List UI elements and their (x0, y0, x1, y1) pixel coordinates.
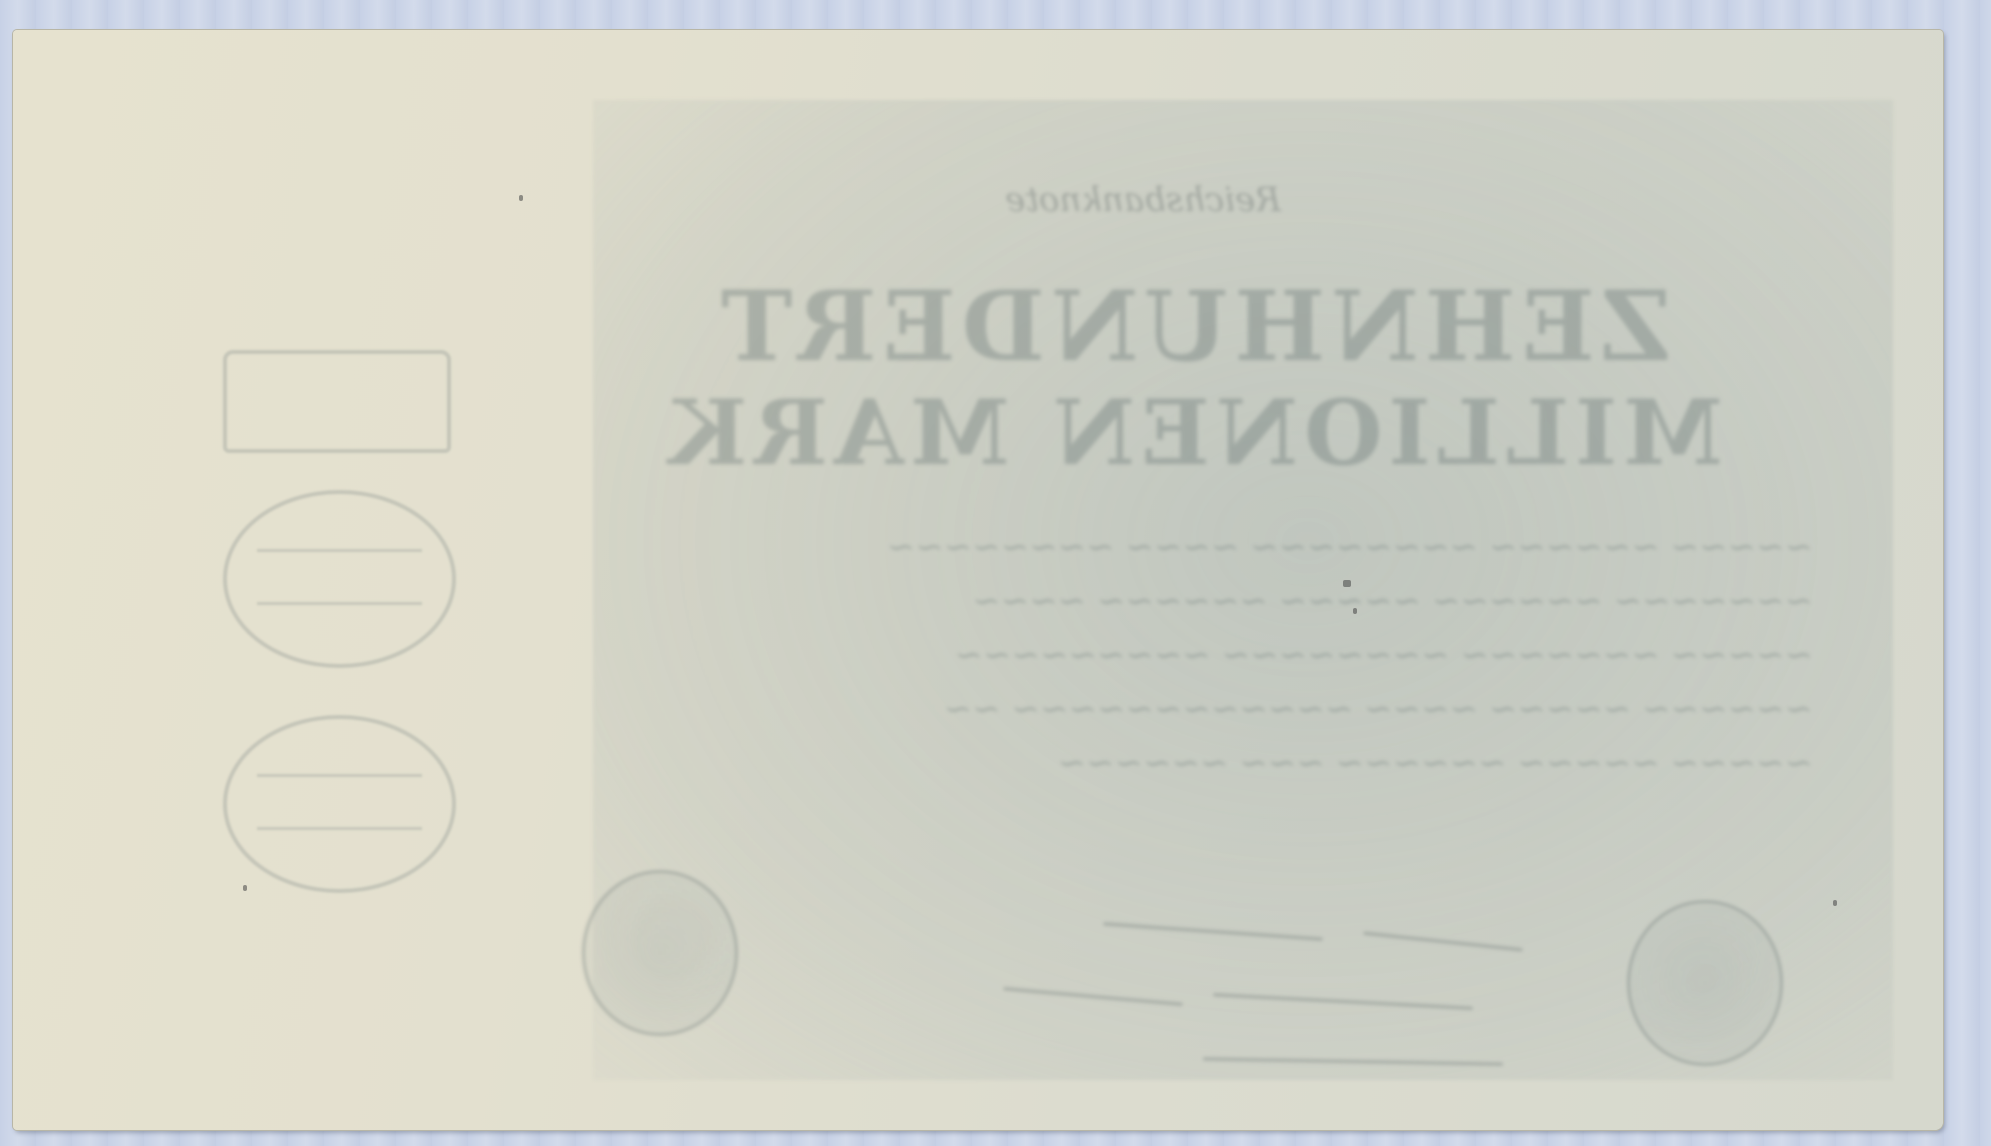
ink-speck (1353, 608, 1357, 614)
ink-speck (243, 885, 247, 891)
seal-left (1627, 900, 1783, 1066)
body-text-block: ~~~~~ ~~~~~~ ~~~~~~~~ ~~~~ ~~~~~~~~ ~~~~… (653, 520, 1813, 790)
signature-stroke (1213, 993, 1473, 1010)
serial-text: Reichsbanknote (693, 180, 1593, 220)
banknote: Blank cream paper with faint mirrored sh… (13, 30, 1943, 1130)
body-line: ~~~~~ ~~~~~ ~~~~~~ ~~~ ~~~~~~ (653, 736, 1813, 790)
signature-stroke (1203, 1057, 1503, 1065)
signatures (913, 910, 1563, 1110)
body-line: ~~~~~~ ~~~~~ ~~~~ ~~~~~~~~~~~~ ~~ (653, 682, 1813, 736)
mirrored-front-print: Reichsbanknote ZEHNHUNDERT MILLIONEN MAR… (593, 100, 1893, 1080)
numeral-digit-0 (223, 715, 456, 893)
signature-stroke (1363, 932, 1522, 952)
body-line: ~~~~~ ~~~~~~~ ~~~~~~~~ ~~~~~~~~~ (653, 628, 1813, 682)
show-through-print-area: Reichsbanknote ZEHNHUNDERT MILLIONEN MAR… (593, 100, 1893, 1080)
signature-stroke (1003, 987, 1183, 1006)
numeral-digit-0 (223, 490, 456, 668)
body-line: ~~~~~ ~~~~~~ ~~~~~~~~ ~~~~ ~~~~~~~~ (653, 520, 1813, 574)
ink-speck (1833, 900, 1837, 906)
ink-speck (1343, 580, 1351, 587)
numeral-digit-1 (223, 350, 451, 453)
ink-speck (519, 195, 523, 201)
heading-line-2: MILLIONEN MARK (603, 380, 1783, 486)
body-line: ~~~~~~~ ~~~~~~ ~~~~~ ~~~~~~ ~~~~ (653, 574, 1813, 628)
seal-right (582, 870, 738, 1036)
heading-line-1: ZEHNHUNDERT (603, 270, 1783, 383)
signature-stroke (1103, 922, 1323, 940)
mirrored-numeral (203, 330, 473, 890)
